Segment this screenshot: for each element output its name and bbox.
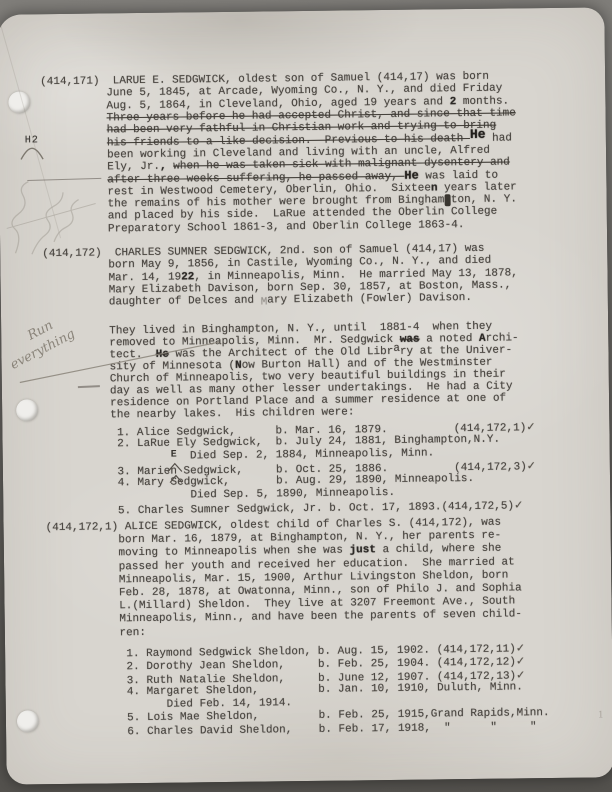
corner-mark: 1 — [598, 710, 604, 720]
entry-414-172-1: (414,172,1) ALICE SEDGWICK, oldest child… — [46, 516, 523, 640]
pencil-line — [11, 332, 227, 387]
page-background: { "page": { "background": "#6d6b67", "pa… — [0, 0, 612, 792]
bleedthrough-handwriting — [0, 162, 100, 255]
typed-document: (414,171) LARUE E. SEDGWICK, oldest son … — [0, 7, 612, 784]
insert-letter-e: E — [171, 450, 177, 461]
children-list-sedgwick: 1. Alice Sedgwick, b. Mar. 16, 1879. (41… — [44, 420, 536, 517]
caret-icon — [167, 463, 183, 473]
caret-icon — [19, 146, 45, 160]
caret-icon — [169, 475, 183, 484]
paper: (414,171) LARUE E. SEDGWICK, oldest son … — [0, 7, 612, 784]
entry-414-172: (414,172) CHARLES SUMNER SEDGWICK, 2nd. … — [42, 242, 518, 309]
children-list-sheldon: 1. Raymond Sedgwick Sheldon, b. Aug. 15,… — [47, 641, 550, 740]
entry-414-171: (414,171) LARUE E. SEDGWICK, oldest son … — [40, 70, 517, 236]
margin-note-h2: H2 — [25, 135, 39, 146]
